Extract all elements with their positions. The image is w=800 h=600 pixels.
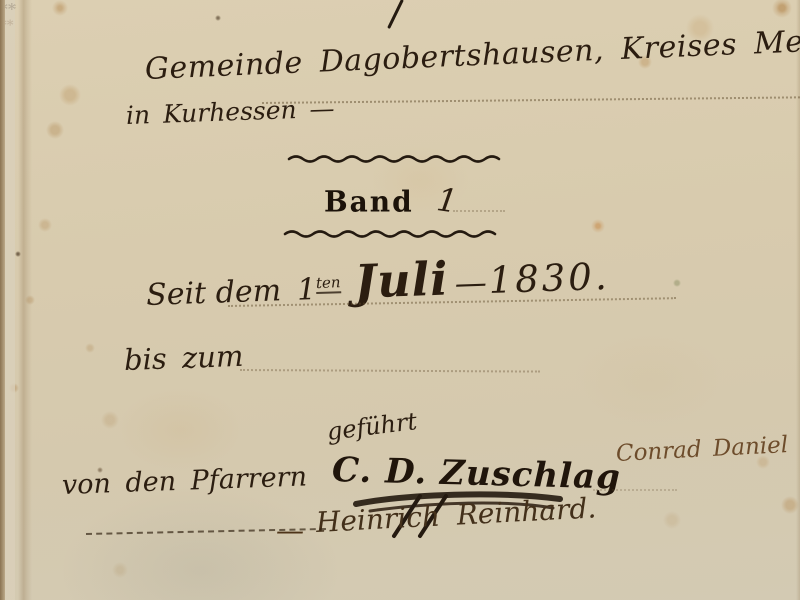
wavy-rule-top bbox=[287, 150, 509, 166]
scanned-register-title-page: Gemeinde Dagobertshausen, Kreises Melsun… bbox=[0, 0, 800, 600]
annotation-conrad-daniel: Conrad Daniel bbox=[615, 432, 788, 467]
dotted-rule-band bbox=[453, 210, 505, 212]
wavy-rule-bottom bbox=[283, 226, 505, 242]
start-date-day-suffix: ten bbox=[316, 273, 341, 294]
page-edge-highlight bbox=[5, 0, 15, 600]
start-date-prefix: Seit dem bbox=[146, 273, 282, 313]
pastors-prefix: von den Pfarrern bbox=[61, 461, 307, 501]
band-number: 1 bbox=[434, 180, 459, 220]
page-crease bbox=[18, 0, 32, 600]
kept-by-word: geführt bbox=[325, 407, 418, 446]
dotted-rule-annotation bbox=[593, 489, 677, 491]
dotted-rule-heading bbox=[262, 96, 800, 104]
dotted-rule-end-date bbox=[240, 369, 540, 373]
start-date-line: Seit dem1tenJuli—1830. bbox=[145, 246, 610, 316]
start-date-dash: — bbox=[454, 263, 485, 302]
start-date-year: 1830. bbox=[488, 255, 610, 302]
right-page-edge bbox=[796, 0, 800, 600]
start-date-day: 1 bbox=[296, 272, 316, 308]
band-label: Band bbox=[324, 184, 414, 219]
heading-region-line: in Kurhessen — bbox=[125, 94, 335, 130]
end-date-prefix: bis zum bbox=[123, 339, 244, 377]
start-date-month: Juli bbox=[354, 251, 450, 308]
